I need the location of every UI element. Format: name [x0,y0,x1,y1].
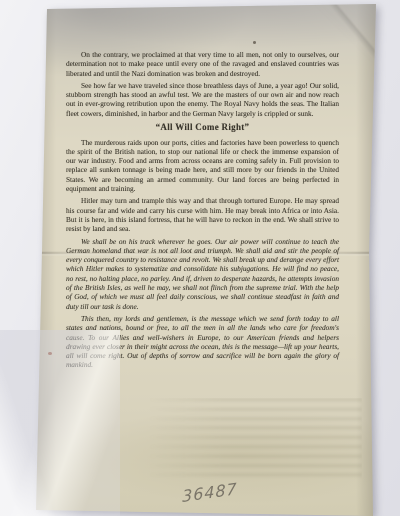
show-through-text [148,398,362,480]
photo-background: On the contrary, we proclaimed at that v… [0,0,400,516]
body-paragraph: Hitler may turn and trample this way and… [66,196,339,233]
body-paragraph-italic: We shall be on his track wherever he goe… [66,237,339,311]
paper-speck [48,352,52,355]
body-paragraph-italic: This then, my lords and gentlemen, is th… [66,314,339,370]
pamphlet: On the contrary, we proclaimed at that v… [0,0,400,516]
document-text: On the contrary, we proclaimed at that v… [66,50,339,373]
section-heading: “All Will Come Right” [66,122,339,133]
body-paragraph: On the contrary, we proclaimed at that v… [66,50,339,78]
pamphlet-page: On the contrary, we proclaimed at that v… [0,0,400,516]
body-paragraph: See how far we have traveled since those… [66,81,339,118]
handwritten-number: 36487 [182,479,237,506]
paper-speck [253,41,256,44]
body-paragraph: The murderous raids upon our ports, citi… [66,138,339,194]
